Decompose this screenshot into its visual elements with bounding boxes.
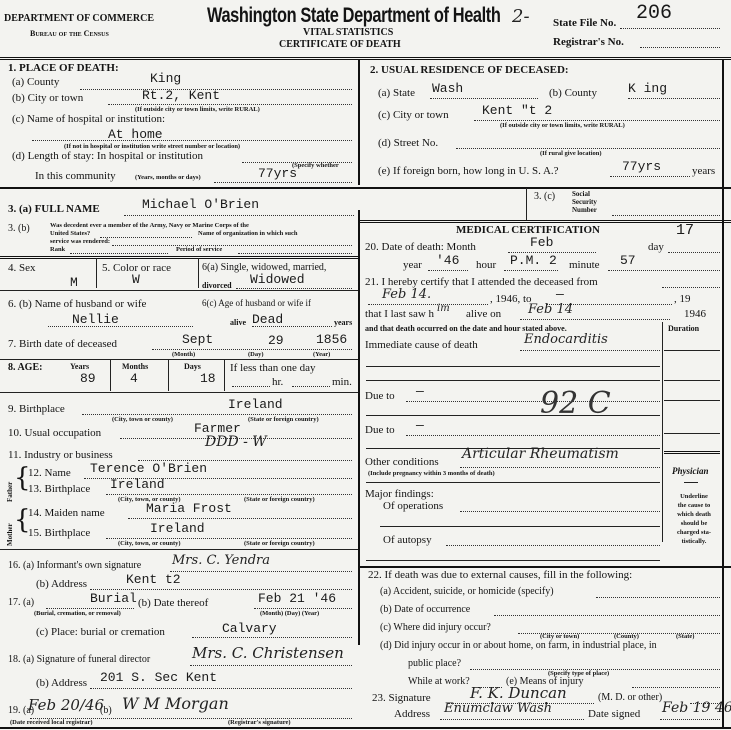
age-label: 8. AGE: [8,362,42,373]
medical-heading: MEDICAL CERTIFICATION [456,224,600,236]
department-label: DEPARTMENT OF COMMERCE [4,13,154,24]
military-us: United States? [50,230,90,237]
injury-place-label: (d) Did injury occur in or about home, o… [380,640,657,651]
hospital-label: (c) Name of hospital or institution: [12,113,165,125]
document-title: Washington State Department of Health [207,4,500,28]
father-name-label: 12. Name [28,467,71,479]
death-year-value: '46 [436,253,459,268]
director-address-value: 201 S. Sec Kent [100,670,217,685]
attended-from-value: Feb 14. [382,287,431,302]
birth-label: 7. Birth date of deceased [8,338,117,350]
ssn-num: 3. (c) [534,191,555,202]
burial-place-label: (c) Place: burial or cremation [36,626,165,638]
injury-county-note: (County) [614,633,639,640]
father-side-label: Father [6,466,14,502]
handwritten-mark: 2- [512,6,530,27]
military-service: service was rendered: [50,238,110,245]
date-signed-value: Feb 19 46 [662,700,731,716]
informant-sig-label: 16. (a) Informant's own signature [8,560,141,571]
vital-statistics-label: VITAL STATISTICS [303,27,393,38]
other-conditions-value: Articular Rheumatism [462,446,619,462]
birth-day-note: (Day) [248,351,264,358]
res-street-label: (d) Street No. [378,137,438,149]
other-conditions-label: Other conditions [365,456,439,468]
city-note: (If outside city or town limits, write R… [135,106,260,113]
min-label: min. [332,376,352,388]
spouse-alive-label: alive [230,318,246,327]
mother-state-note: (State or foreign country) [244,540,315,547]
public-place-label: public place? [408,658,461,669]
physician-address-label: Address [394,708,430,720]
duration-label: Duration [668,324,699,333]
months-value: 4 [130,371,138,386]
funeral-director-label: 18. (a) Signature of funeral director [8,654,150,665]
registrar-label: Registrar's No. [553,36,624,48]
death-hour-label: hour [476,259,496,271]
due-to-2-value: — [416,418,424,433]
physician-address-value: Enumclaw Wash [444,701,552,716]
community-value: 77yrs [258,166,297,181]
last-saw-value: Feb 14 [528,302,573,317]
industry-label: 11. Industry or business [8,449,113,461]
full-name-value: Michael O'Brien [142,197,259,212]
spouse-value: Nellie [72,312,119,327]
date-signed-label: Date signed [588,708,640,720]
operations-label: Of operations [383,500,443,512]
community-label: In this community [35,170,116,182]
father-birthplace-label: 13. Birthplace [28,483,90,495]
foreign-born-suffix: years [692,165,715,177]
registrar-signature: W M Morgan [122,694,229,713]
military-question: Was decedent ever a member of the Army, … [50,222,249,229]
received-note: (Date received local registrar) [10,719,93,726]
state-file-number: 206 [636,2,672,25]
father-name-value: Terence O'Brien [90,461,207,476]
mother-birthplace-value: Ireland [150,521,205,536]
death-certificate: DEPARTMENT OF COMMERCE Bureau of the Cen… [0,0,731,730]
injury-city-note: (City or town) [540,633,579,640]
spouse-age-label: 6(c) Age of husband or wife if [202,298,311,308]
due-to-1-value: — [416,384,424,399]
birth-month: Sept [182,332,213,347]
usual-residence-heading: 2. USUAL RESIDENCE OF DECEASED: [370,64,569,76]
occurrence-date-label: (b) Date of occurrence [380,604,470,615]
county-value: King [150,71,181,86]
death-minute-label: minute [569,259,600,271]
months-label: Months [122,362,148,371]
spouse-label: 6. (b) Name of husband or wife [8,298,146,310]
mother-name-label: 14. Maiden name [28,507,105,519]
state-file-label: State File No. [553,17,616,29]
while-at-work-label: While at work? [408,676,470,687]
physician-note: Underline the cause to which death shoul… [667,492,721,546]
res-city-label: (c) City or town [378,109,449,121]
city-label: (b) City or town [12,92,83,104]
death-day-label: day [648,241,664,253]
injury-state-note: (State) [676,633,694,640]
other-conditions-note: (Include pregnancy within 3 months of de… [368,470,495,477]
disposition-num: 17. (a) [8,597,34,608]
specify-note: (Specify whether [292,162,339,169]
city-value: Rt.2, Kent [142,88,220,103]
death-minute-value: 57 [620,253,636,268]
burial-date-notes: (Month) (Day) (Year) [260,610,319,617]
death-month-value: Feb [530,235,553,250]
burial-place-value: Calvary [222,621,277,636]
injury-location-label: (c) Where did injury occur? [380,622,491,633]
spouse-age-suffix: years [334,318,352,327]
birth-day: 29 [268,333,284,348]
days-label: Days [184,362,201,371]
informant-address-value: Kent t2 [126,572,181,587]
res-county-label: (b) County [549,87,597,99]
death-year-label: year [403,259,422,271]
received-date-value: Feb 20/46 [28,696,104,714]
attended-from-year: , 1946, to [490,293,532,305]
attended-to-value: — [556,287,564,302]
years-value: 89 [80,371,96,386]
hospital-note: (If not in hospital or institution write… [64,143,240,150]
res-city-note: (If outside city or town limits, write R… [500,122,625,129]
foreign-born-value: 77yrs [622,159,661,174]
last-saw-label: that I last saw h [365,308,434,320]
father-state-note: (State or foreign country) [244,496,315,503]
occupation-code: DDD - W [205,434,267,450]
marital-divorced: divorced [202,281,232,290]
mother-side-label: Mother [6,506,14,546]
military-org: Name of organization in which such [198,230,298,237]
less-than-day-label: If less than one day [230,362,316,374]
county-label: (a) County [12,76,59,88]
res-state-value: Wash [432,81,463,96]
mother-city-note: (City, town, or county) [118,540,181,547]
res-state-label: (a) State [378,87,415,99]
birth-year: 1856 [316,332,347,347]
last-saw-pronoun: im [437,303,450,314]
res-city-value: Kent "t 2 [482,103,552,118]
attended-to-year: , 19 [674,293,691,305]
res-county-value: K ing [628,81,667,96]
father-birthplace-value: Ireland [110,477,165,492]
informant-signature: Mrs. C. Yendra [172,553,270,568]
funeral-director-signature: Mrs. C. Christensen [192,644,344,662]
physician-label: Physician [672,466,709,476]
hr-label: hr. [272,376,283,388]
disposition-value: Burial [90,591,137,606]
physician-signature-label: 23. Signature [372,692,431,704]
certificate-title: CERTIFICATE OF DEATH [279,39,401,50]
res-street-note: (If rural give location) [540,150,602,157]
mother-birthplace-label: 15. Birthplace [28,527,90,539]
burial-date-label: (b) Date thereof [138,597,208,609]
death-date-label: 20. Date of death: Month [365,241,476,253]
years-label: Years [70,362,89,371]
birth-year-note: (Year) [313,351,330,358]
sex-label: 4. Sex [8,262,36,274]
immediate-cause-value: Endocarditis [524,332,608,347]
autopsy-label: Of autopsy [383,534,432,546]
military-rank: Rank [50,246,65,253]
foreign-born-label: (e) If foreign born, how long in U. S. A… [378,165,559,177]
spouse-age-value: Dead [252,312,283,327]
death-hour-value: P.M. 2 [510,253,557,268]
due-to-1-label: Due to [365,390,395,402]
alive-on-label: alive on [466,308,501,320]
registrar-sig-note: (Registrar's signature) [228,719,291,726]
place-of-death-heading: 1. PLACE OF DEATH: [8,62,119,74]
days-value: 18 [200,371,216,386]
due-to-2-label: Due to [365,424,395,436]
bureau-label: Bureau of the Census [30,29,109,38]
mother-name-value: Maria Frost [146,501,232,516]
external-causes-heading: 22. If death was due to external causes,… [368,569,632,581]
occupation-label: 10. Usual occupation [8,427,101,439]
last-saw-year: 1946 [684,308,706,320]
disposition-note: (Burial, cremation, or removal) [34,610,121,617]
md-label: (M. D. or other) [598,692,662,703]
immediate-cause-label: Immediate cause of death [365,339,478,351]
birthplace-value: Ireland [228,397,283,412]
birthplace-city-note: (City, town or county) [112,416,173,423]
physician-signature: F. K. Duncan [470,684,567,702]
community-note: (Years, months or days) [135,174,201,181]
director-address-label: (b) Address [36,677,87,689]
major-findings-label: Major findings: [365,488,434,500]
burial-date-value: Feb 21 '46 [258,591,336,606]
race-value: W [132,272,140,287]
sex-value: M [70,275,78,290]
military-period: Period of service [176,246,222,253]
ssn-label: Social Security Number [572,190,597,214]
full-name-label: 3. (a) FULL NAME [8,203,100,215]
birthplace-label: 9. Birthplace [8,403,65,415]
informant-address-label: (b) Address [36,578,87,590]
birthplace-state-note: (State or foreign country) [248,416,319,423]
military-num: 3. (b) [8,223,30,234]
hospital-value: At home [108,127,163,142]
birth-month-note: (Month) [172,351,195,358]
stay-label: (d) Length of stay: In hospital or insti… [12,150,203,162]
accident-label: (a) Accident, suicide, or homicide (spec… [380,586,554,597]
registrar-b: (b) [100,705,112,716]
death-day-value: 17 [676,222,694,239]
marital-value: Widowed [250,272,305,287]
